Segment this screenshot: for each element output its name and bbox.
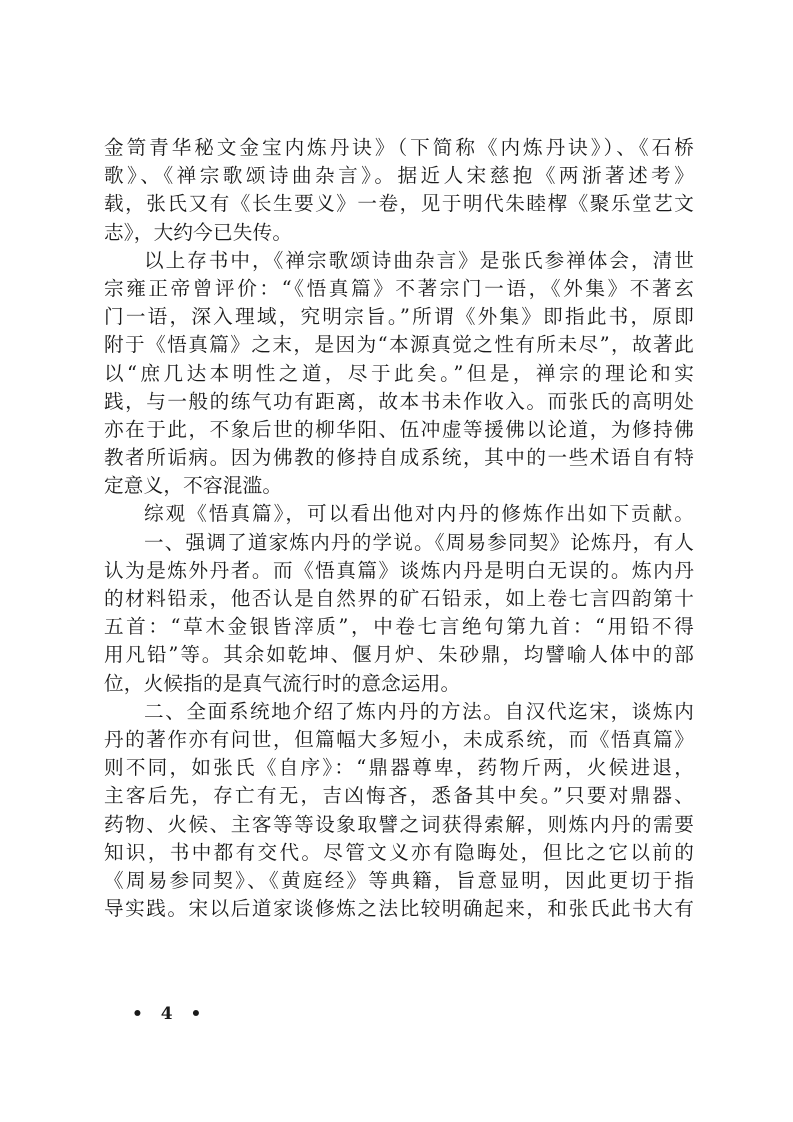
- text-line: 载，张氏又有《长生要义》一卷，见于明代朱睦㮮《聚乐堂艺文: [104, 190, 694, 218]
- text-line: 亦在于此，不象后世的柳华阳、伍冲虚等援佛以论道，为修持佛: [104, 416, 694, 444]
- paragraph-start-line: 二、全面系统地介绍了炼内丹的方法。自汉代迄宋，谈炼内: [104, 698, 694, 726]
- text-line: 药物、火候、主客等等设象取譬之词获得索解，则炼内丹的需要: [104, 811, 694, 839]
- paragraph-start-line: 以上存书中，《禅宗歌颂诗曲杂言》是张氏参禅体会，清世: [104, 247, 694, 275]
- paragraph-start-line: 综观《悟真篇》，可以看出他对内丹的修炼作出如下贡献。: [104, 500, 694, 528]
- text-line: 门一语，深入理域，究明宗旨。”所谓《外集》即指此书，原即: [104, 303, 694, 331]
- text-line: 的材料铅汞，他否认是自然界的矿石铅汞，如上卷七言四韵第十: [104, 585, 694, 613]
- text-line: 认为是炼外丹者。而《悟真篇》谈炼内丹是明白无误的。炼内丹: [104, 557, 694, 585]
- text-line: 以“庶几达本明性之道，尽于此矣。”但是，禅宗的理论和实: [104, 360, 694, 388]
- text-line: 主客后先，存亡有无，吉凶悔吝，悉备其中矣。”只要对鼎器、: [104, 782, 694, 810]
- page-number: • 4 •: [132, 1004, 207, 1024]
- text-line: 用凡铅”等。其余如乾坤、偃月炉、朱砂鼎，均譬喻人体中的部: [104, 641, 694, 669]
- text-line: 志》，大约今已失传。: [104, 219, 694, 247]
- paragraph-start-line: 一、强调了道家炼内丹的学说。《周易参同契》论炼丹，有人: [104, 529, 694, 557]
- text-line: 丹的著作亦有问世，但篇幅大多短小，未成系统，而《悟真篇》: [104, 726, 694, 754]
- text-line: 教者所诟病。因为佛教的修持自成系统，其中的一些术语自有特: [104, 444, 694, 472]
- text-line: 则不同，如张氏《自序》：“鼎器尊卑，药物斤两，火候进退，: [104, 754, 694, 782]
- text-line: 《周易参同契》、《黄庭经》等典籍，旨意显明，因此更切于指: [104, 867, 694, 895]
- text-line: 位，火候指的是真气流行时的意念运用。: [104, 670, 694, 698]
- text-line: 歌》、《禅宗歌颂诗曲杂言》。据近人宋慈抱《两浙著述考》: [104, 162, 694, 190]
- document-body: 金笥青华秘文金宝内炼丹诀》（下简称《内炼丹诀》）、《石桥 歌》、《禅宗歌颂诗曲杂…: [104, 134, 694, 923]
- text-line: 知识，书中都有交代。尽管文义亦有隐晦处，但比之它以前的: [104, 839, 694, 867]
- text-line: 定意义，不容混滥。: [104, 472, 694, 500]
- text-line: 五首：“草木金银皆滓质”，中卷七言绝句第九首：“用铅不得: [104, 613, 694, 641]
- text-line: 践，与一般的练气功有距离，故本书未作收入。而张氏的高明处: [104, 388, 694, 416]
- text-line: 金笥青华秘文金宝内炼丹诀》（下简称《内炼丹诀》）、《石桥: [104, 134, 694, 162]
- text-line: 附于《悟真篇》之末，是因为“本源真觉之性有所未尽”，故著此: [104, 331, 694, 359]
- text-line: 宗雍正帝曾评价：“《悟真篇》不著宗门一语，《外集》不著玄: [104, 275, 694, 303]
- text-line: 导实践。宋以后道家谈修炼之法比较明确起来，和张氏此书大有: [104, 895, 694, 923]
